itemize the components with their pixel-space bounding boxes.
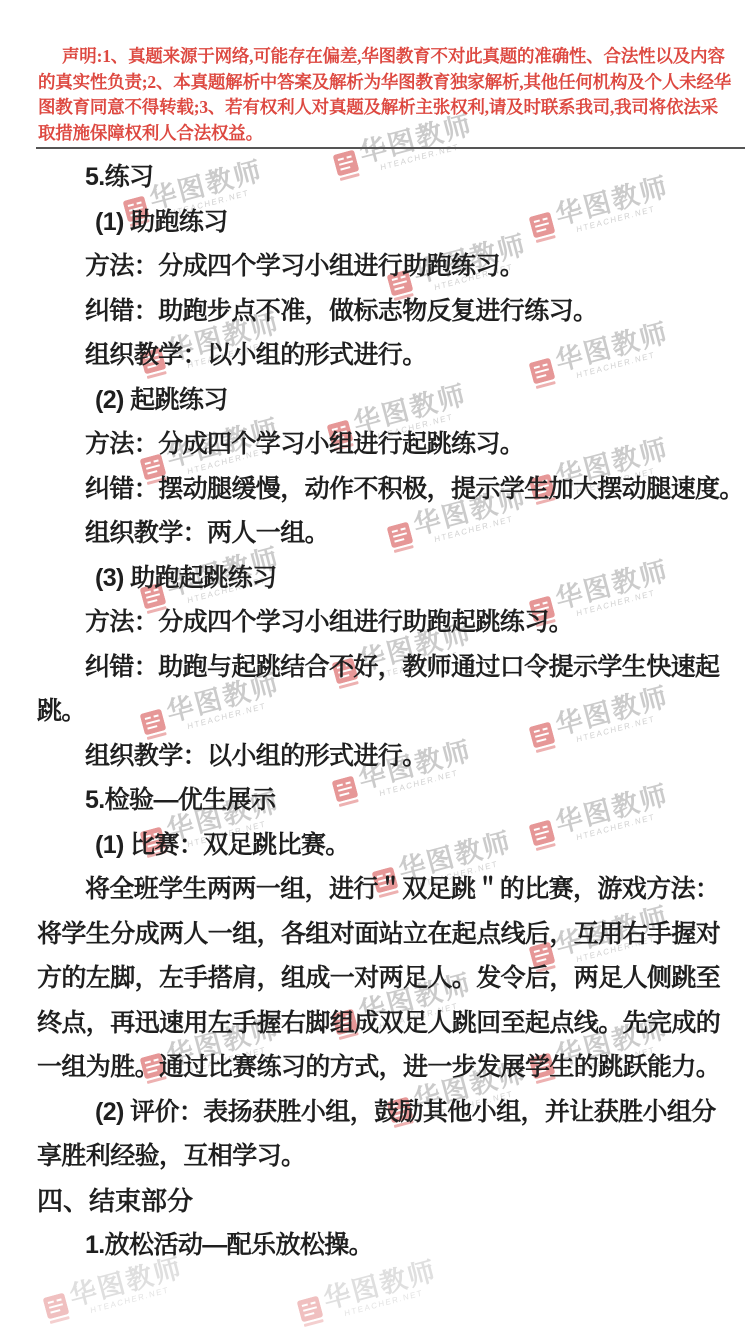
- body-line: 纠错：摆动腿缓慢，动作不积极，提示学生加大摆动腿速度。: [37, 467, 748, 512]
- body-line: 5.检验—优生展示: [37, 778, 748, 823]
- disclaimer: 声明:1、真题来源于网络,可能存在偏差,华图教育不对此真题的准确性、合法性以及内…: [38, 44, 718, 146]
- body-line: 组织教学：两人一组。: [37, 511, 748, 556]
- body-line: 一组为胜。通过比赛练习的方式，进一步发展学生的跳跃能力。: [37, 1045, 748, 1090]
- section-heading: 四、结束部分: [37, 1179, 748, 1224]
- disclaimer-line: 的真实性负责;2、本真题解析中答案及解析为华图教育独家解析,其他任何机构及个人未…: [38, 70, 718, 96]
- disclaimer-line: 图教育同意不得转载;3、若有权利人对真题及解析主张权利,请及时联系我司,我司将依…: [38, 95, 718, 121]
- watermark-subtext: HTEACHER.NET: [90, 1281, 188, 1315]
- body-line: 组织教学：以小组的形式进行。: [37, 734, 748, 779]
- document-page: 华图教师HTEACHER.NET华图教师HTEACHER.NET华图教师HTEA…: [0, 0, 748, 1335]
- body-line: (1) 比赛：双足跳比赛。: [37, 823, 748, 868]
- body-line: 1.放松活动—配乐放松操。: [37, 1223, 748, 1268]
- body-line: (2) 评价：表扬获胜小组，鼓励其他小组，并让获胜小组分: [37, 1090, 748, 1135]
- body-line: 跳。: [37, 689, 748, 734]
- watermark: 华图教师HTEACHER.NET: [43, 1261, 190, 1333]
- huatu-logo-icon: [43, 1293, 70, 1320]
- huatu-logo-caption: [304, 1319, 324, 1327]
- huatu-logo-caption: [50, 1316, 70, 1324]
- body-line: 终点，再迅速用左手握右脚组成双足人跳回至起点线。先完成的: [37, 1001, 748, 1046]
- body-line: 纠错：助跑与起跳结合不好，教师通过口令提示学生快速起: [37, 645, 748, 690]
- body-line: 组织教学：以小组的形式进行。: [37, 333, 748, 378]
- disclaimer-line: 取措施保障权利人合法权益。: [38, 121, 718, 147]
- body-line: (3) 助跑起跳练习: [37, 556, 748, 601]
- body-line: (2) 起跳练习: [37, 378, 748, 423]
- body-text: 5.练习(1) 助跑练习方法：分成四个学习小组进行助跑练习。纠错：助跑步点不准，…: [37, 155, 748, 1268]
- body-line: (1) 助跑练习: [37, 200, 748, 245]
- watermark-subtext: HTEACHER.NET: [344, 1284, 442, 1318]
- body-line: 将学生分成两人一组，各组对面站立在起点线后，互用右手握对: [37, 912, 748, 957]
- body-line: 方法：分成四个学习小组进行助跑起跳练习。: [37, 600, 748, 645]
- body-line: 5.练习: [37, 155, 748, 200]
- body-line: 方法：分成四个学习小组进行助跑练习。: [37, 244, 748, 289]
- body-line: 纠错：助跑步点不准，做标志物反复进行练习。: [37, 289, 748, 334]
- body-line: 方法：分成四个学习小组进行起跳练习。: [37, 422, 748, 467]
- huatu-logo-icon: [297, 1296, 324, 1323]
- divider-line: [36, 147, 745, 149]
- disclaimer-line: 声明:1、真题来源于网络,可能存在偏差,华图教育不对此真题的准确性、合法性以及内…: [38, 44, 718, 70]
- body-line: 将全班学生两两一组，进行＂双足跳＂的比赛，游戏方法：: [37, 867, 748, 912]
- watermark: 华图教师HTEACHER.NET: [297, 1264, 444, 1335]
- body-line: 享胜利经验，互相学习。: [37, 1134, 748, 1179]
- body-line: 方的左脚，左手搭肩，组成一对两足人。发令后，两足人侧跳至: [37, 956, 748, 1001]
